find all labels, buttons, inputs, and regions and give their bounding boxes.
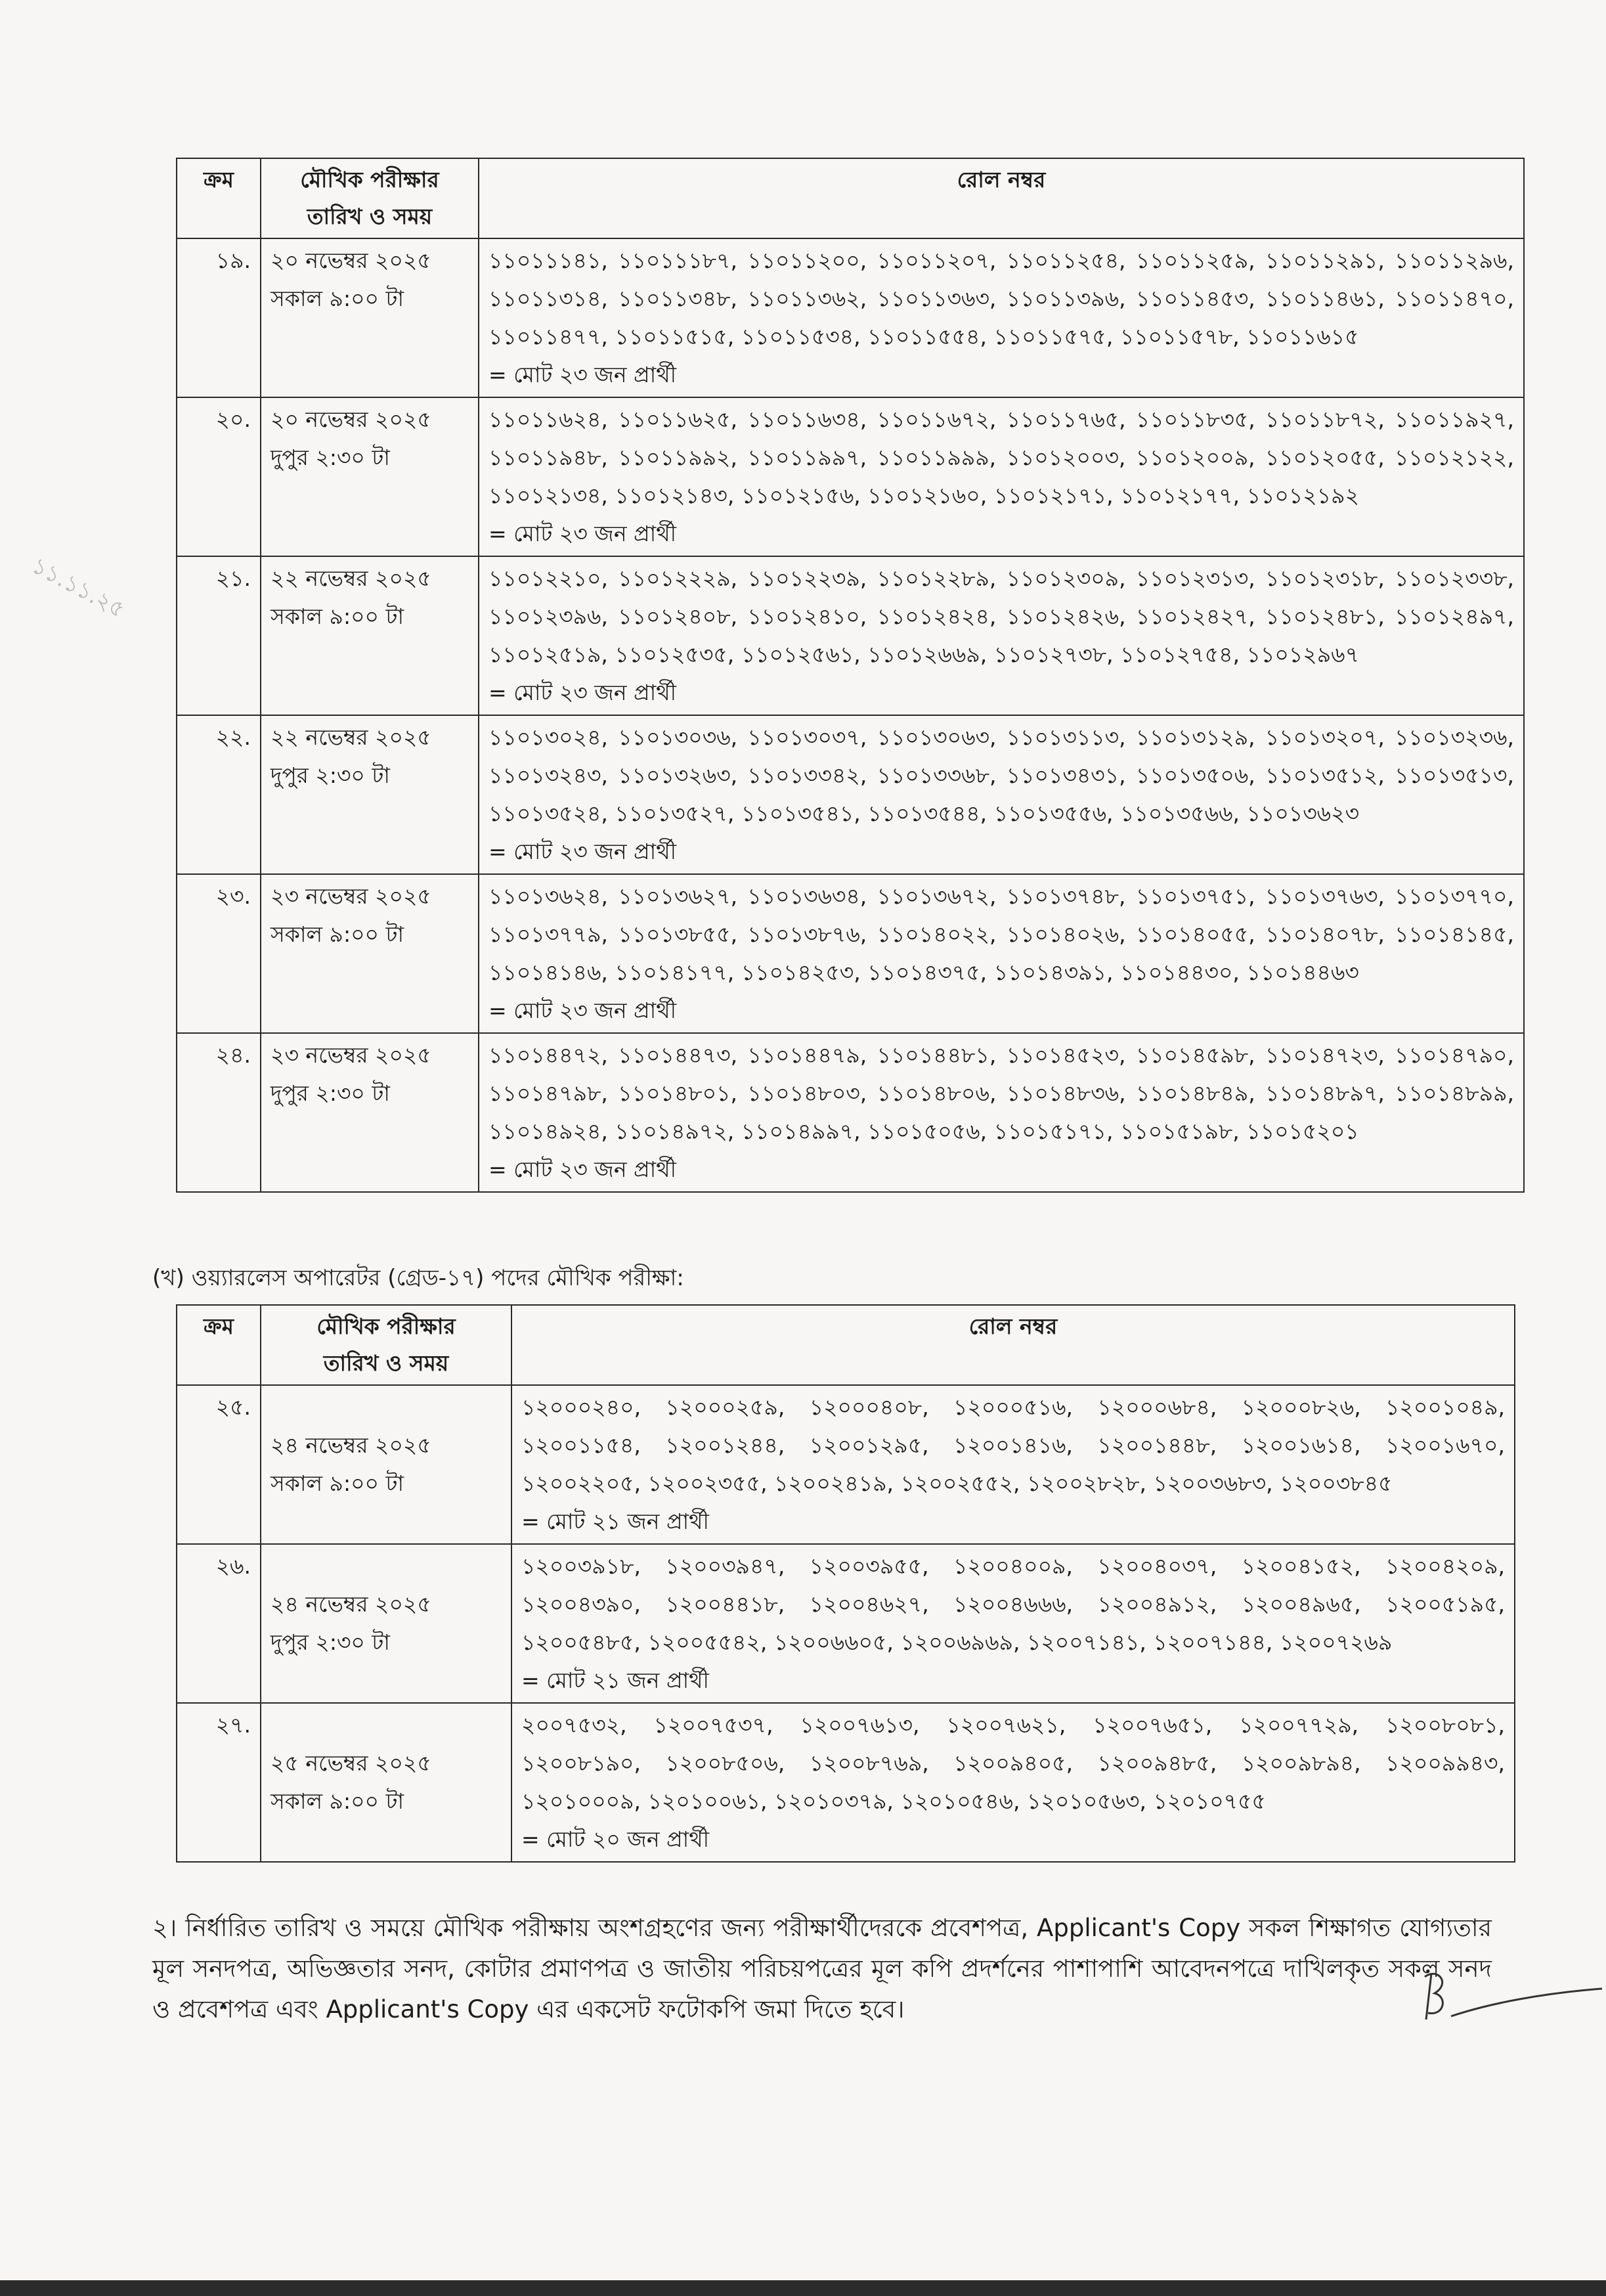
row-time: দুপুর ২:৩০ টা xyxy=(271,1623,502,1662)
header-rolls: রোল নম্বর xyxy=(511,1305,1515,1385)
header-date-time: মৌখিক পরীক্ষার তারিখ ও সময় xyxy=(261,158,479,238)
row-date-time: ২৩ নভেম্বর ২০২৫সকাল ৯:০০ টা xyxy=(261,874,479,1033)
header-date-line2: তারিখ ও সময় xyxy=(271,1345,502,1382)
table-row: ২০.২০ নভেম্বর ২০২৫দুপুর ২:৩০ টা১১০১১৬২৪,… xyxy=(177,397,1524,556)
table-row: ২১.২২ নভেম্বর ২০২৫সকাল ৯:০০ টা১১০১২২১০, … xyxy=(177,556,1524,715)
margin-stamp-text: ১১.১১.২৫ xyxy=(28,552,129,623)
header-rolls: রোল নম্বর xyxy=(479,158,1524,238)
table-row: ১৯.২০ নভেম্বর ২০২৫সকাল ৯:০০ টা১১০১১১৪১, … xyxy=(177,238,1524,397)
row-roll-numbers: ১১০১২২১০, ১১০১২২২৯, ১১০১২২৩৯, ১১০১২২৮৯, … xyxy=(479,556,1524,715)
row-date-time: ২২ নভেম্বর ২০২৫দুপুর ২:৩০ টা xyxy=(261,715,479,874)
row-time: সকাল ৯:০০ টা xyxy=(271,280,469,318)
row-total: = মোট ২০ জন প্রার্থী xyxy=(521,1821,1505,1859)
row-time: সকাল ৯:০০ টা xyxy=(271,916,469,954)
row-date-time: ২০ নভেম্বর ২০২৫সকাল ৯:০০ টা xyxy=(261,238,479,397)
row-date-time: ২৪ নভেম্বর ২০২৫দুপুর ২:৩০ টা xyxy=(261,1544,511,1703)
row-serial: ২৩. xyxy=(177,874,261,1033)
row-date: ২২ নভেম্বর ২০২৫ xyxy=(271,560,469,598)
header-serial: ক্রম xyxy=(177,158,261,238)
row-total: = মোট ২১ জন প্রার্থী xyxy=(521,1662,1505,1700)
header-date-line2: তারিখ ও সময় xyxy=(271,198,469,235)
roll-list: ২০০৭৫৩২, ১২০০৭৫৩৭, ১২০০৭৬১৩, ১২০০৭৬২১, ১… xyxy=(521,1712,1505,1814)
roll-list: ১১০১২২১০, ১১০১২২২৯, ১১০১২২৩৯, ১১০১২২৮৯, … xyxy=(488,565,1514,667)
row-date: ২৩ নভেম্বর ২০২৫ xyxy=(271,1036,469,1074)
schedule-table-b-body: ২৫.২৪ নভেম্বর ২০২৫সকাল ৯:০০ টা১২০০০২৪০, … xyxy=(177,1385,1515,1862)
row-date-time: ২৪ নভেম্বর ২০২৫সকাল ৯:০০ টা xyxy=(261,1385,511,1544)
row-date: ২৪ নভেম্বর ২০২৫ xyxy=(271,1585,502,1623)
row-roll-numbers: ১১০১৩০২৪, ১১০১৩০৩৬, ১১০১৩০৩৭, ১১০১৩০৬৩, … xyxy=(479,715,1524,874)
table-row: ২২.২২ নভেম্বর ২০২৫দুপুর ২:৩০ টা১১০১৩০২৪,… xyxy=(177,715,1524,874)
section-b-title: (খ) ওয়্যারলেস অপারেটর (গ্রেড-১৭) পদের ম… xyxy=(152,1261,684,1298)
table-row: ২৪.২৩ নভেম্বর ২০২৫দুপুর ২:৩০ টা১১০১৪৪৭২,… xyxy=(177,1033,1524,1192)
row-serial: ২৫. xyxy=(177,1385,261,1544)
row-serial: ২০. xyxy=(177,397,261,556)
row-roll-numbers: ১১০১৩৬২৪, ১১০১৩৬২৭, ১১০১৩৬৩৪, ১১০১৩৬৭২, … xyxy=(479,874,1524,1033)
row-roll-numbers: ১১০১৪৪৭২, ১১০১৪৪৭৩, ১১০১৪৪৭৯, ১১০১৪৪৮১, … xyxy=(479,1033,1524,1192)
row-time: দুপুর ২:৩০ টা xyxy=(271,439,469,477)
header-date-time: মৌখিক পরীক্ষার তারিখ ও সময় xyxy=(261,1305,511,1385)
table-row: ২৩.২৩ নভেম্বর ২০২৫সকাল ৯:০০ টা১১০১৩৬২৪, … xyxy=(177,874,1524,1033)
table-row: ২৬.২৪ নভেম্বর ২০২৫দুপুর ২:৩০ টা১২০০৩৯১৮,… xyxy=(177,1544,1515,1703)
table-header-row: ক্রম মৌখিক পরীক্ষার তারিখ ও সময় রোল নম্… xyxy=(177,1305,1515,1385)
row-time: সকাল ৯:০০ টা xyxy=(271,598,469,636)
row-roll-numbers: ১২০০০২৪০, ১২০০০২৫৯, ১২০০০৪০৮, ১২০০০৫১৬, … xyxy=(511,1385,1515,1544)
instructions-paragraph: ২। নির্ধারিত তারিখ ও সময়ে মৌখিক পরীক্ষা… xyxy=(152,1908,1492,2030)
row-date-time: ২০ নভেম্বর ২০২৫দুপুর ২:৩০ টা xyxy=(261,397,479,556)
roll-list: ১২০০০২৪০, ১২০০০২৫৯, ১২০০০৪০৮, ১২০০০৫১৬, … xyxy=(521,1394,1505,1496)
row-time: দুপুর ২:৩০ টা xyxy=(271,1074,469,1113)
row-date: ২৪ নভেম্বর ২০২৫ xyxy=(271,1426,502,1465)
row-date-time: ২২ নভেম্বর ২০২৫সকাল ৯:০০ টা xyxy=(261,556,479,715)
schedule-table-a-body: ১৯.২০ নভেম্বর ২০২৫সকাল ৯:০০ টা১১০১১১৪১, … xyxy=(177,238,1524,1192)
row-total: = মোট ২৩ জন প্রার্থী xyxy=(488,833,1514,871)
row-roll-numbers: ১১০১১১৪১, ১১০১১১৮৭, ১১০১১২০০, ১১০১১২০৭, … xyxy=(479,238,1524,397)
table-row: ২৭.২৫ নভেম্বর ২০২৫সকাল ৯:০০ টা২০০৭৫৩২, ১… xyxy=(177,1703,1515,1862)
row-total: = মোট ২৩ জন প্রার্থী xyxy=(488,356,1514,394)
header-serial: ক্রম xyxy=(177,1305,261,1385)
row-roll-numbers: ১১০১১৬২৪, ১১০১১৬২৫, ১১০১১৬৩৪, ১১০১১৬৭২, … xyxy=(479,397,1524,556)
document-page: ১১.১১.২৫ ক্রম মৌখিক পরীক্ষার তারিখ ও সময… xyxy=(0,0,1606,2296)
table-row: ২৫.২৪ নভেম্বর ২০২৫সকাল ৯:০০ টা১২০০০২৪০, … xyxy=(177,1385,1515,1544)
row-serial: ২৭. xyxy=(177,1703,261,1862)
row-roll-numbers: ২০০৭৫৩২, ১২০০৭৫৩৭, ১২০০৭৬১৩, ১২০০৭৬২১, ১… xyxy=(511,1703,1515,1862)
row-date-time: ২৩ নভেম্বর ২০২৫দুপুর ২:৩০ টা xyxy=(261,1033,479,1192)
header-date-line1: মৌখিক পরীক্ষার xyxy=(271,1308,502,1345)
row-time: সকাল ৯:০০ টা xyxy=(271,1465,502,1503)
row-time: দুপুর ২:৩০ টা xyxy=(271,757,469,795)
schedule-table-a: ক্রম মৌখিক পরীক্ষার তারিখ ও সময় রোল নম্… xyxy=(176,158,1525,1193)
row-date-time: ২৫ নভেম্বর ২০২৫সকাল ৯:০০ টা xyxy=(261,1703,511,1862)
row-serial: ১৯. xyxy=(177,238,261,397)
row-serial: ২২. xyxy=(177,715,261,874)
row-time: সকাল ৯:০০ টা xyxy=(271,1782,502,1821)
roll-list: ১১০১৪৪৭২, ১১০১৪৪৭৩, ১১০১৪৪৭৯, ১১০১৪৪৮১, … xyxy=(488,1042,1514,1144)
row-date: ২৫ নভেম্বর ২০২৫ xyxy=(271,1744,502,1782)
row-serial: ২১. xyxy=(177,556,261,715)
signature-icon xyxy=(1412,1964,1606,2029)
roll-list: ১১০১৩৬২৪, ১১০১৩৬২৭, ১১০১৩৬৩৪, ১১০১৩৬৭২, … xyxy=(488,883,1514,985)
header-date-line1: মৌখিক পরীক্ষার xyxy=(271,162,469,198)
margin-initial-stamp: ১১.১১.২৫ xyxy=(5,549,192,699)
row-serial: ২৬. xyxy=(177,1544,261,1703)
row-total: = মোট ২৩ জন প্রার্থী xyxy=(488,1151,1514,1189)
row-total: = মোট ২৩ জন প্রার্থী xyxy=(488,992,1514,1030)
row-total: = মোট ২৩ জন প্রার্থী xyxy=(488,515,1514,553)
row-date: ২৩ নভেম্বর ২০২৫ xyxy=(271,877,469,916)
roll-list: ১১০১৩০২৪, ১১০১৩০৩৬, ১১০১৩০৩৭, ১১০১৩০৬৩, … xyxy=(488,724,1514,826)
row-total: = মোট ২১ জন প্রার্থী xyxy=(521,1503,1505,1541)
row-date: ২০ নভেম্বর ২০২৫ xyxy=(271,242,469,280)
roll-list: ১১০১১১৪১, ১১০১১১৮৭, ১১০১১২০০, ১১০১১২০৭, … xyxy=(488,248,1514,349)
roll-list: ১২০০৩৯১৮, ১২০০৩৯৪৭, ১২০০৩৯৫৫, ১২০০৪০০৯, … xyxy=(521,1553,1505,1655)
roll-list: ১১০১১৬২৪, ১১০১১৬২৫, ১১০১১৬৩৪, ১১০১১৬৭২, … xyxy=(488,407,1514,508)
row-date: ২২ নভেম্বর ২০২৫ xyxy=(271,718,469,757)
row-serial: ২৪. xyxy=(177,1033,261,1192)
row-roll-numbers: ১২০০৩৯১৮, ১২০০৩৯৪৭, ১২০০৩৯৫৫, ১২০০৪০০৯, … xyxy=(511,1544,1515,1703)
schedule-table-b: ক্রম মৌখিক পরীক্ষার তারিখ ও সময় রোল নম্… xyxy=(176,1304,1515,1863)
row-total: = মোট ২৩ জন প্রার্থী xyxy=(488,674,1514,712)
row-date: ২০ নভেম্বর ২০২৫ xyxy=(271,401,469,439)
table-header-row: ক্রম মৌখিক পরীক্ষার তারিখ ও সময় রোল নম্… xyxy=(177,158,1524,238)
scan-edge-bar xyxy=(0,2280,1606,2296)
